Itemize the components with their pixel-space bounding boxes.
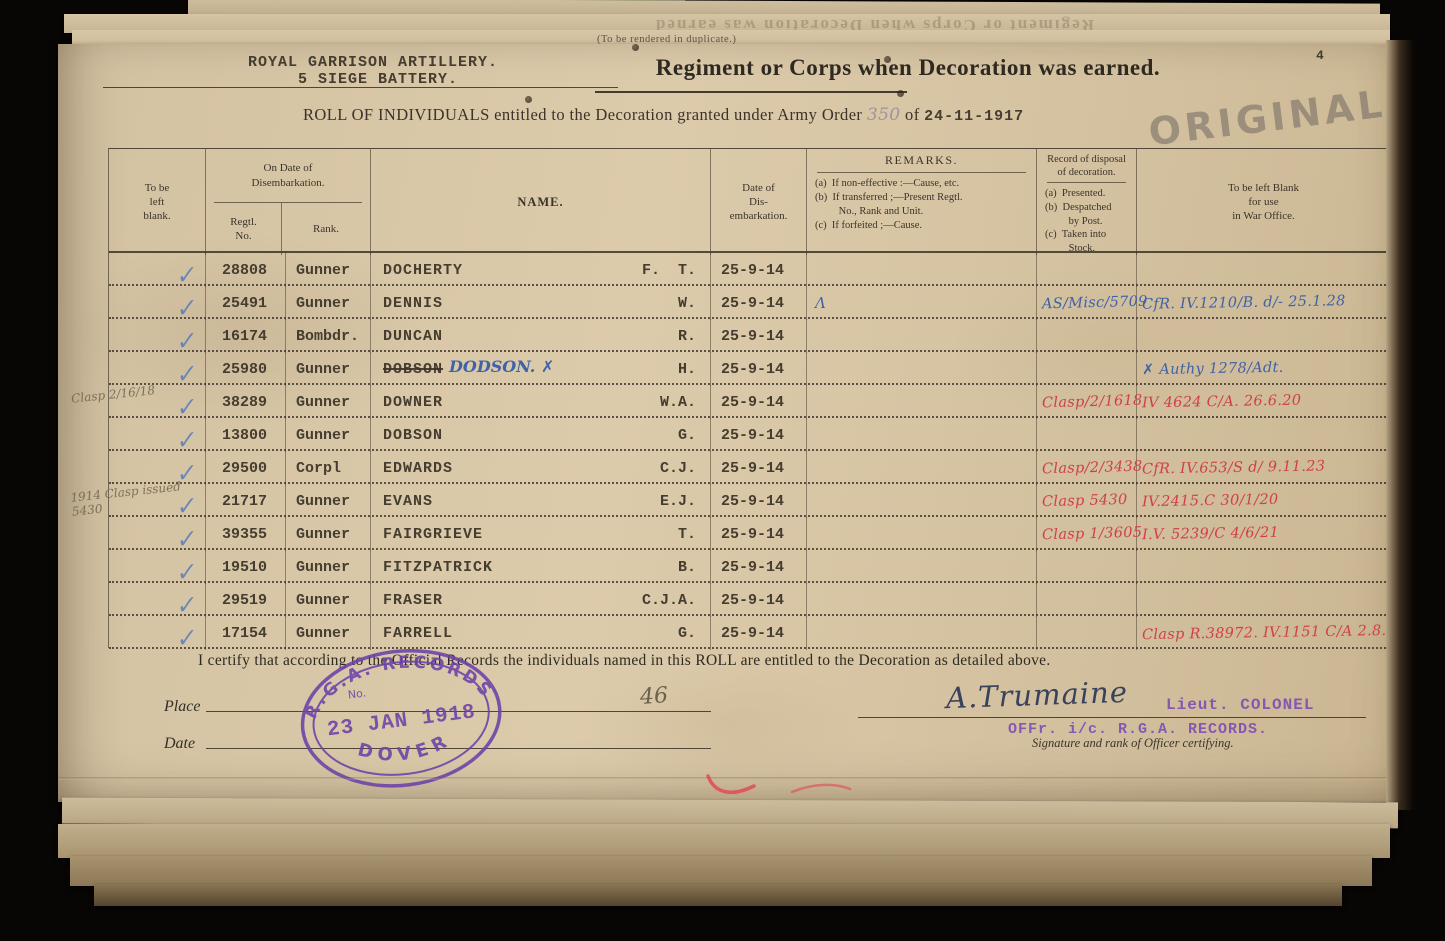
disposal-cell	[1037, 418, 1137, 452]
war-office-cell: IV 4624 C/A. 26.6.20	[1137, 385, 1391, 419]
surname: FRASER	[383, 592, 443, 609]
check-mark: ✓	[176, 327, 198, 354]
rank: Gunner	[286, 385, 371, 419]
rank: Gunner	[286, 352, 371, 386]
date-label: Date	[164, 735, 195, 753]
disposal-annotation: Clasp/2/3438	[1042, 459, 1143, 478]
disposal-annotation: Clasp/2/1618	[1042, 393, 1143, 412]
regtl-no: 25491	[206, 286, 286, 320]
initials: W.	[678, 295, 710, 312]
war-office-annotation: I.V. 5239/C 4/6/21	[1142, 525, 1279, 543]
regtl-no: 17154	[206, 616, 286, 650]
war-office-cell: IV.2415.C 30/1/20	[1137, 484, 1391, 518]
table-row: ✓17154GunnerFARRELLG.25-9-14Clasp R.3897…	[109, 616, 1389, 649]
remarks-cell	[807, 451, 1037, 485]
war-office-cell	[1137, 550, 1391, 584]
remarks-cell	[807, 253, 1037, 287]
name-cell: EDWARDSC.J.	[371, 451, 711, 485]
col-header-on-date-group: On Date of Disembarkation. Regtl. No. Ra…	[206, 149, 371, 255]
remarks-cell	[807, 319, 1037, 353]
red-pencil-mark	[700, 770, 860, 802]
disembark-date: 25-9-14	[711, 352, 807, 386]
check-mark: ✓	[176, 624, 198, 651]
remarks-cell	[807, 583, 1037, 617]
name-cell: EVANSE.J.	[371, 484, 711, 518]
blank-cell: ✓	[109, 286, 206, 320]
bottom-page-edge	[70, 856, 1372, 886]
disposal-cell	[1037, 253, 1137, 287]
remarks-body: (a) If non-effective :—Cause, etc. (b) I…	[807, 177, 1036, 234]
disposal-cell	[1037, 319, 1137, 353]
table-row: 1914 Clasp issued5430✓21717GunnerEVANSE.…	[109, 484, 1389, 517]
disposal-annotation: Clasp 1/3605	[1042, 525, 1143, 544]
table-row: ✓25491GunnerDENNISW.25-9-14ΛAS/Misc/5709…	[109, 286, 1389, 319]
col-header-disposal: Record of disposal of decoration. (a) Pr…	[1037, 149, 1137, 255]
name-cell: FRASERC.J.A.	[371, 583, 711, 617]
initials: C.J.A.	[642, 592, 710, 609]
disembark-date: 25-9-14	[711, 319, 807, 353]
war-office-cell: ✗ Authy 1278/Adt.	[1137, 352, 1391, 386]
table-header: To be left blank. On Date of Disembarkat…	[109, 149, 1389, 253]
remark-annotation: Λ	[815, 294, 826, 312]
initials: W.A.	[660, 394, 710, 411]
remarks-cell	[807, 484, 1037, 518]
check-mark: ✓	[176, 525, 198, 552]
war-office-annotation: IV.2415.C 30/1/20	[1142, 492, 1279, 510]
disembark-date: 25-9-14	[711, 385, 807, 419]
table-row: ✓28808GunnerDOCHERTYF. T.25-9-14	[109, 253, 1389, 286]
war-office-annotation: Clasp R.38972. IV.1151 C/A 2.8.2	[1142, 623, 1396, 643]
initials: G.	[678, 625, 710, 642]
regtl-no: 29519	[206, 583, 286, 617]
original-stamp: ORIGINAL	[1146, 82, 1388, 155]
remarks-cell	[807, 517, 1037, 551]
col-header-blank: To be left blank.	[109, 149, 206, 255]
disposal-cell: Clasp/2/3438	[1037, 451, 1137, 485]
disposal-cell	[1037, 352, 1137, 386]
col-header-on-date: On Date of Disembarkation.	[214, 149, 362, 203]
rank: Gunner	[286, 550, 371, 584]
check-mark: ✓	[176, 426, 198, 453]
surname: DOBSON	[383, 427, 443, 444]
disposal-cell: Clasp/2/1618	[1037, 385, 1137, 419]
war-office-annotation: CfR. IV.1210/B. d/- 25.1.28	[1142, 293, 1346, 313]
disposal-cell	[1037, 583, 1137, 617]
bottom-page-edge	[58, 824, 1390, 858]
disposal-title: Record of disposal of decoration.	[1037, 153, 1136, 179]
disposal-cell	[1037, 616, 1137, 650]
army-order-number: 350	[867, 105, 901, 125]
war-office-cell: I.V. 5239/C 4/6/21	[1137, 517, 1391, 551]
disposal-cell: AS/Misc/5709	[1037, 286, 1137, 320]
table-row: ✓16174Bombdr.DUNCANR.25-9-14	[109, 319, 1389, 352]
check-mark: ✓	[176, 393, 198, 420]
disposal-cell	[1037, 550, 1137, 584]
check-mark: ✓	[176, 558, 198, 585]
header-rule	[1047, 182, 1126, 183]
surname: EDWARDS	[383, 460, 453, 477]
pencil-number: 46	[639, 683, 669, 710]
table-row: ✓39355GunnerFAIRGRIEVET.25-9-14Clasp 1/3…	[109, 517, 1389, 550]
check-mark: ✓	[176, 591, 198, 618]
rank-stamp: Lieut. COLONEL	[1166, 696, 1314, 714]
name-cell: DOWNERW.A.	[371, 385, 711, 419]
surname: FAIRGRIEVE	[383, 526, 483, 543]
punch-hole	[632, 44, 639, 51]
name-cell: DOBSONG.	[371, 418, 711, 452]
remarks-cell	[807, 352, 1037, 386]
rank: Corpl	[286, 451, 371, 485]
war-office-cell	[1137, 583, 1391, 617]
page-title: Regiment or Corps when Decoration was ea…	[578, 55, 1238, 81]
signature-caption: Signature and rank of Officer certifying…	[1032, 736, 1234, 751]
initials: T.	[678, 526, 710, 543]
col-header-rank: Rank.	[282, 203, 370, 255]
army-order-date: 24-11-1917	[924, 108, 1024, 125]
stamp-no-label: No.	[347, 686, 367, 701]
table-row: Clasp 2/16/18✓38289GunnerDOWNERW.A.25-9-…	[109, 385, 1389, 418]
place-label: Place	[164, 698, 200, 716]
initials: B.	[678, 559, 710, 576]
roll-prefix: ROLL OF INDIVIDUALS entitled to the Deco…	[303, 105, 862, 124]
name-cell: DOBSONDODSON. ✗H.	[371, 352, 711, 386]
disembark-date: 25-9-14	[711, 286, 807, 320]
book-photo-scene: Regiment or Corps when Decoration was ea…	[0, 0, 1445, 941]
unit-underline	[103, 71, 618, 88]
surname: DOBSON	[383, 361, 443, 378]
war-office-cell: Clasp R.38972. IV.1151 C/A 2.8.2	[1137, 616, 1391, 650]
regtl-no: 19510	[206, 550, 286, 584]
regtl-no: 13800	[206, 418, 286, 452]
disposal-body: (a) Presented. (b) Despatched by Post. (…	[1037, 187, 1136, 255]
check-mark: ✓	[176, 294, 198, 321]
regtl-no: 38289	[206, 385, 286, 419]
title-underline	[595, 91, 907, 93]
disembark-date: 25-9-14	[711, 583, 807, 617]
war-office-annotation: CfR. IV.653/S d/ 9.11.23	[1142, 458, 1326, 477]
blank-cell: ✓	[109, 583, 206, 617]
regtl-no: 25980	[206, 352, 286, 386]
rank: Gunner	[286, 583, 371, 617]
regtl-no: 39355	[206, 517, 286, 551]
regtl-no: 16174	[206, 319, 286, 353]
name-cell: DENNISW.	[371, 286, 711, 320]
rank: Gunner	[286, 517, 371, 551]
disembark-date: 25-9-14	[711, 517, 807, 551]
rank: Gunner	[286, 484, 371, 518]
col-header-date: Date of Dis- embarkation.	[711, 149, 807, 255]
initials: R.	[678, 328, 710, 345]
initials: E.J.	[660, 493, 710, 510]
blank-cell: ✓	[109, 418, 206, 452]
book-right-edge	[1386, 40, 1416, 810]
remarks-title: REMARKS.	[807, 153, 1036, 169]
disembark-date: 25-9-14	[711, 418, 807, 452]
table-row: ✓25980GunnerDOBSONDODSON. ✗H.25-9-14✗ Au…	[109, 352, 1389, 385]
remarks-cell: Λ	[807, 286, 1037, 320]
roll-table: To be left blank. On Date of Disembarkat…	[108, 148, 1390, 648]
war-office-annotation: ✗ Authy 1278/Adt.	[1142, 360, 1284, 378]
name-correction: DODSON. ✗	[449, 357, 554, 376]
surname: DENNIS	[383, 295, 443, 312]
remarks-cell	[807, 616, 1037, 650]
disposal-cell: Clasp 1/3605	[1037, 517, 1137, 551]
header-rule	[817, 172, 1026, 173]
surname: EVANS	[383, 493, 433, 510]
page-number: 4	[1316, 48, 1324, 63]
initials: C.J.	[660, 460, 710, 477]
document-page: ROYAL GARRISON ARTILLERY. 5 SIEGE BATTER…	[58, 44, 1400, 802]
rank: Bombdr.	[286, 319, 371, 353]
blank-cell: ✓	[109, 253, 206, 287]
unit-line-1: ROYAL GARRISON ARTILLERY.	[248, 54, 498, 71]
blank-cell: ✓	[109, 517, 206, 551]
regtl-no: 28808	[206, 253, 286, 287]
col-header-regtl-no: Regtl. No.	[206, 203, 282, 255]
blank-cell: 1914 Clasp issued5430✓	[109, 484, 206, 518]
rank: Gunner	[286, 418, 371, 452]
blank-cell: ✓	[109, 319, 206, 353]
rank: Gunner	[286, 286, 371, 320]
war-office-cell: CfR. IV.653/S d/ 9.11.23	[1137, 451, 1391, 485]
col-header-name: NAME.	[371, 149, 711, 255]
blank-cell: ✓	[109, 616, 206, 650]
war-office-cell: CfR. IV.1210/B. d/- 25.1.28	[1137, 286, 1391, 320]
disembark-date: 25-9-14	[711, 616, 807, 650]
disembark-date: 25-9-14	[711, 451, 807, 485]
punch-hole	[525, 96, 532, 103]
table-row: ✓19510GunnerFITZPATRICKB.25-9-14	[109, 550, 1389, 583]
remarks-cell	[807, 550, 1037, 584]
table-row: ✓13800GunnerDOBSONG.25-9-14	[109, 418, 1389, 451]
rga-records-dover-stamp: R.G.A. RECORDS No. 23 JAN 1918 DOVER	[284, 627, 523, 823]
col-header-remarks: REMARKS. (a) If non-effective :—Cause, e…	[807, 149, 1037, 255]
col-header-war-office: To be left Blank for use in War Office.	[1137, 149, 1391, 255]
war-office-cell	[1137, 418, 1391, 452]
regtl-no: 21717	[206, 484, 286, 518]
regtl-no: 29500	[206, 451, 286, 485]
war-office-cell	[1137, 253, 1391, 287]
disposal-cell: Clasp 5430	[1037, 484, 1137, 518]
remarks-cell	[807, 418, 1037, 452]
surname: DOCHERTY	[383, 262, 463, 279]
name-cell: FITZPATRICKB.	[371, 550, 711, 584]
rank: Gunner	[286, 253, 371, 287]
name-cell: FAIRGRIEVET.	[371, 517, 711, 551]
blank-cell: ✓	[109, 550, 206, 584]
disposal-annotation: Clasp 5430	[1042, 492, 1128, 510]
table-body: ✓28808GunnerDOCHERTYF. T.25-9-14✓25491Gu…	[109, 253, 1389, 649]
table-row: ✓29500CorplEDWARDSC.J.25-9-14Clasp/2/343…	[109, 451, 1389, 484]
initials: G.	[678, 427, 710, 444]
name-cell: DUNCANR.	[371, 319, 711, 353]
check-mark: ✓	[176, 261, 198, 288]
of-word: of	[905, 105, 920, 124]
col-header-subrow: Regtl. No. Rank.	[206, 203, 370, 255]
stamp-date: 23 JAN 1918	[326, 701, 477, 742]
disembark-date: 25-9-14	[711, 550, 807, 584]
table-row: ✓29519GunnerFRASERC.J.A.25-9-14	[109, 583, 1389, 616]
name-cell: DOCHERTYF. T.	[371, 253, 711, 287]
surname: FITZPATRICK	[383, 559, 493, 576]
roll-statement: ROLL OF INDIVIDUALS entitled to the Deco…	[303, 105, 1024, 125]
surname: DUNCAN	[383, 328, 443, 345]
bottom-page-edge	[94, 884, 1342, 906]
initials: F. T.	[642, 262, 710, 279]
disembark-date: 25-9-14	[711, 484, 807, 518]
war-office-annotation: IV 4624 C/A. 26.6.20	[1142, 393, 1302, 412]
disposal-annotation: AS/Misc/5709	[1042, 294, 1148, 313]
disembark-date: 25-9-14	[711, 253, 807, 287]
remarks-cell	[807, 385, 1037, 419]
initials: H.	[678, 361, 710, 378]
blank-cell: Clasp 2/16/18✓	[109, 385, 206, 419]
war-office-cell	[1137, 319, 1391, 353]
surname: DOWNER	[383, 394, 443, 411]
